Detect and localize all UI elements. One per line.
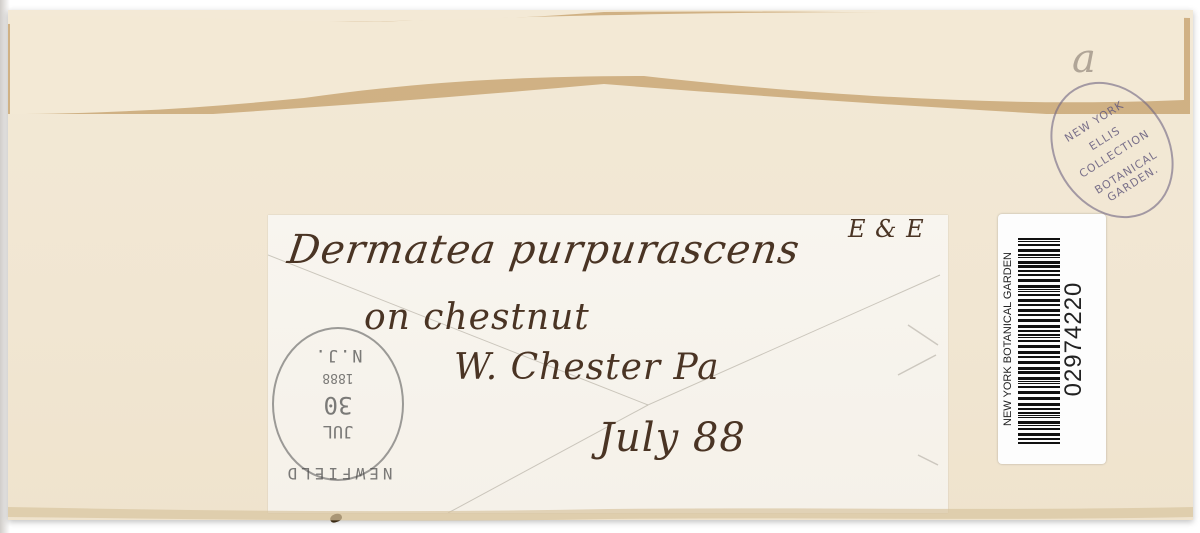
barcode-icon [1018, 232, 1060, 446]
collector-mark: E & E [848, 215, 925, 243]
postmark-day: 30 [274, 391, 402, 419]
sheet-bottom-edge [8, 505, 1193, 527]
envelope-label: E & E Dermatea purpurascens on chestnut … [268, 215, 948, 513]
postmark-state: N.J. [274, 345, 402, 365]
top-fold-flap [4, 4, 1194, 110]
locality: W. Chester Pa [454, 347, 720, 388]
species-name: Dermatea purpurascens [285, 227, 803, 273]
postmark: NEWFIELD JUL 30 1888 N.J. [272, 327, 404, 481]
collection-date: July 88 [598, 415, 746, 461]
postmark-month: JUL [274, 421, 402, 441]
barcode-number: 02974220 [1060, 224, 1088, 454]
postmark-town: NEWFIELD [274, 464, 402, 483]
substrate: on chestnut [364, 297, 590, 338]
barcode-label: NEW YORK BOTANICAL GARDEN 02974220 [998, 214, 1106, 464]
institution-name: NEW YORK BOTANICAL GARDEN [1002, 224, 1014, 454]
pencil-mark: a [1072, 36, 1096, 82]
postmark-year: 1888 [274, 370, 402, 385]
